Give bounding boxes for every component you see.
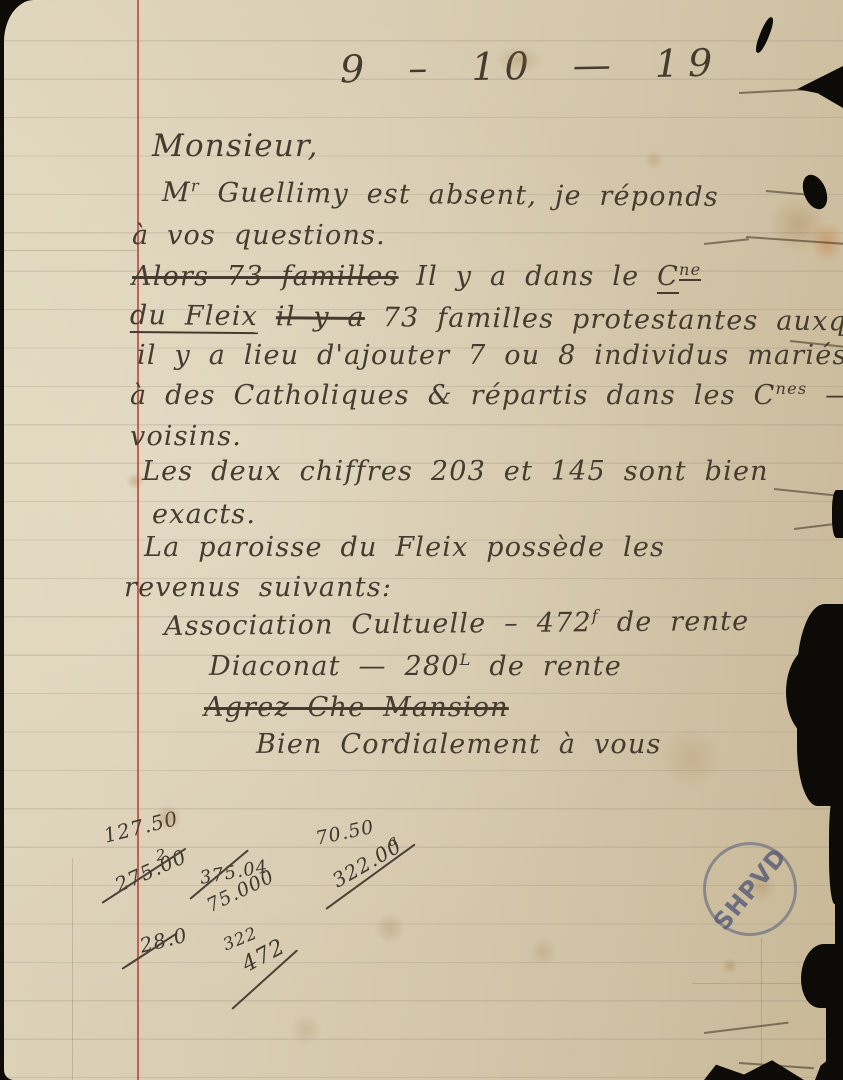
handwriting-line: voisins. (130, 421, 242, 452)
handwriting-segment: exacts. (152, 499, 256, 530)
handwriting-segment: Diaconat — 280 (209, 651, 460, 682)
handwriting-segment: nes (775, 379, 807, 398)
torn-edge (797, 66, 843, 108)
crease (72, 858, 73, 1080)
handwriting-segment: L (460, 650, 472, 669)
shpvd-stamp: SHPVD (703, 842, 797, 936)
handwriting-line: à vos questions. (132, 220, 386, 251)
handwriting-segment: Les deux chiffres 203 et 145 sont bien (142, 456, 769, 487)
stamp-text: SHPVD (708, 842, 793, 935)
handwriting-line: Monsieur, (152, 128, 319, 164)
calculation-figure: 127.50 (101, 806, 181, 848)
handwriting-line: Alors 73 familles Il y a dans le Cne (132, 260, 701, 292)
handwriting-segment: C (657, 261, 679, 294)
handwriting-line: à des Catholiques & répartis dans les Cn… (130, 379, 843, 411)
handwriting-segment: de rente (472, 651, 622, 682)
handwriting-line: Association Cultuelle – 472f de rente (164, 605, 750, 642)
stain (659, 726, 723, 790)
handwriting-segment: Il y a dans le (399, 261, 658, 292)
handwriting-line: Bien Cordialement à vous (256, 729, 662, 760)
crack (746, 236, 843, 244)
handwriting-line: il y a lieu d'ajouter 7 ou 8 individus m… (137, 340, 843, 371)
stain (722, 958, 738, 974)
torn-edge (801, 944, 843, 1008)
handwriting-segment: Alors 73 familles (132, 261, 399, 292)
calculation-figure: 70.50 (314, 816, 377, 850)
stain (374, 912, 406, 944)
handwriting-segment: Bien Cordialement à vous (256, 729, 662, 760)
handwriting-line: Diaconat — 280L de rente (209, 650, 622, 682)
torn-edge (832, 490, 843, 538)
handwriting-line: Mr Guellimy est absent, je réponds (162, 176, 719, 213)
handwriting-segment: il y a (276, 301, 365, 333)
handwriting-segment: Agrez Che Mansion (204, 692, 509, 723)
handwriting-segment: M (162, 177, 191, 208)
handwriting-line: Agrez Che Mansion (204, 692, 509, 723)
handwriting-segment: ne (679, 260, 701, 281)
crease (4, 250, 139, 251)
handwriting-segment: La paroisse du Fleix possède les (144, 532, 665, 563)
stain (290, 1014, 322, 1046)
crease (761, 938, 762, 1080)
handwriting-line: revenus suivants: (124, 572, 392, 603)
handwriting-segment: à des Catholiques & répartis dans les C (130, 380, 775, 411)
handwriting-segment: il y a lieu d'ajouter 7 ou 8 individus m… (137, 340, 843, 371)
stain (529, 938, 557, 966)
crack (766, 190, 808, 195)
torn-edge (829, 792, 843, 904)
scanned-letter: 9 – 10 — 19 Monsieur,Mr Guellimy est abs… (0, 0, 843, 1080)
torn-edge (798, 171, 832, 213)
handwriting-segment: revenus suivants: (124, 572, 392, 603)
handwriting-segment: Association Cultuelle – 472 (164, 607, 592, 642)
torn-edge (704, 1058, 804, 1080)
crack (704, 238, 749, 244)
paper: 9 – 10 — 19 Monsieur,Mr Guellimy est abs… (4, 0, 843, 1080)
handwriting-segment: voisins. (130, 421, 242, 452)
handwriting-line: du Fleix il y a 73 familles protestantes… (130, 300, 843, 338)
crack (704, 1022, 789, 1034)
handwriting-segment: 73 familles protestantes auxquelles (365, 302, 843, 338)
handwriting-line: La paroisse du Fleix possède les (144, 532, 665, 563)
handwriting-segment: — (807, 380, 843, 411)
handwriting-segment: Guellimy est absent, je réponds (200, 177, 719, 213)
stain (644, 150, 664, 170)
torn-edge (786, 646, 843, 738)
margin-line (137, 0, 139, 1080)
handwriting-segment: à vos questions. (132, 220, 386, 251)
date-heading: 9 – 10 — 19 (340, 41, 722, 92)
handwriting-segment: r (191, 176, 200, 195)
handwriting-segment (258, 301, 276, 332)
handwriting-segment: Monsieur, (152, 128, 319, 164)
handwriting-line: Les deux chiffres 203 et 145 sont bien (142, 456, 769, 487)
handwriting-line: exacts. (152, 499, 256, 530)
handwriting-segment: du Fleix (130, 300, 258, 334)
handwriting-segment: de rente (599, 606, 750, 638)
torn-edge (753, 16, 776, 55)
